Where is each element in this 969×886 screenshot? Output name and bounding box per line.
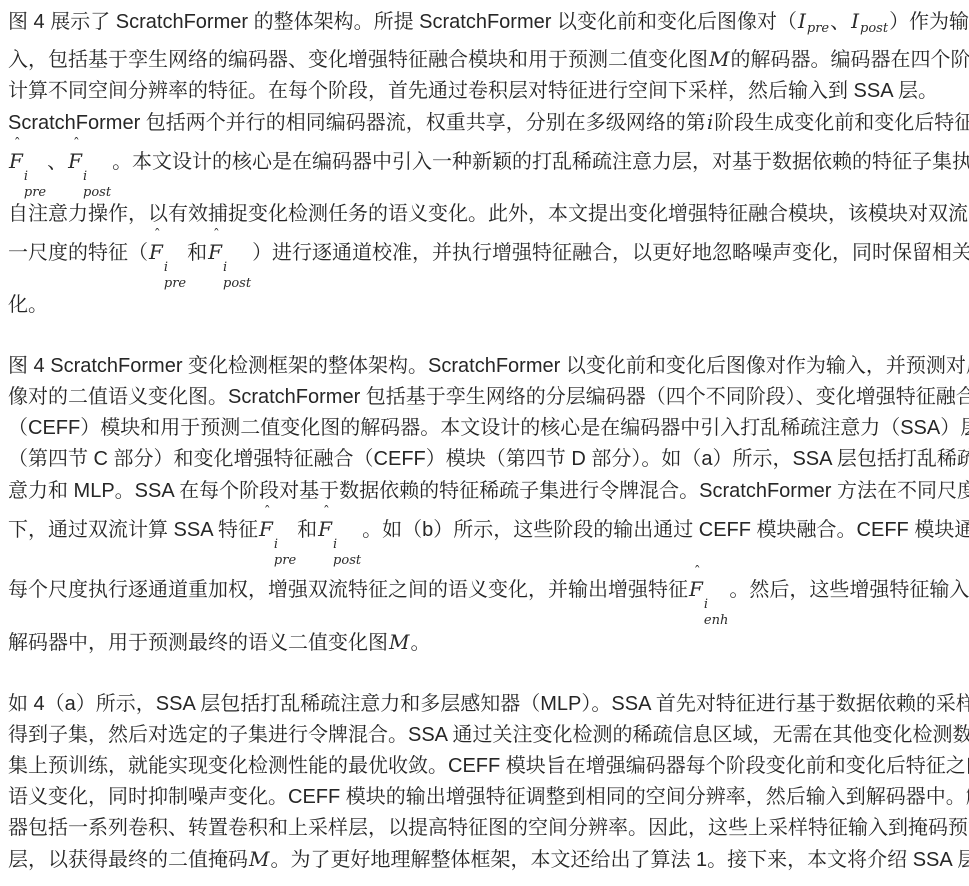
math-hat-F-i-enh: Fˆienh [689, 577, 728, 601]
math-subscript: post [860, 21, 888, 36]
math-superscript: i [274, 538, 278, 551]
math-superscript: i [223, 261, 227, 274]
math-base: Fˆ [259, 507, 273, 545]
hat-accent-icon: ˆ [154, 228, 161, 242]
math-scripts: ipre [274, 538, 296, 567]
math-base: Fˆ [149, 230, 163, 268]
math-subscript: pre [164, 277, 186, 290]
text-line: 自注意力操作，以有效捕捉变化检测任务的语义变化。此外，本文提出变化增强特征融合模… [8, 199, 961, 230]
math-base: M [249, 844, 269, 875]
math-base: Fˆ [689, 567, 703, 605]
hat-accent-icon: ˆ [323, 505, 330, 519]
text-line: 入，包括基于孪生网络的编码器、变化增强特征融合模块和用于预测二值变化图M的解码器… [8, 44, 961, 76]
text-line: 解码器中，用于预测最终的语义二值变化图M。 [8, 627, 961, 659]
math-superscript: i [164, 261, 168, 274]
math-hat-F-i-pre: Fˆipre [9, 149, 46, 173]
text-line: 化。 [8, 290, 961, 321]
text-line: 如 4（a）所示，SSA 层包括打乱稀疏注意力和多层感知器（MLP）。SSA 首… [8, 689, 961, 720]
math-subscript: pre [807, 21, 829, 36]
math-superscript: i [704, 598, 708, 611]
text-line: 器包括一系列卷积、转置卷积和上采样层，以提高特征图的空间分辨率。因此，这些上采样… [8, 813, 961, 844]
text-line: 一尺度的特征（Fˆipre和Fˆipost）进行逐通道校准，并执行增强特征融合，… [8, 230, 961, 290]
text-line: （CEFF）模块和用于预测二值变化图的解码器。本文设计的核心是在编码器中引入打乱… [8, 413, 961, 444]
math-hat-F-i-post: Fˆipost [68, 149, 111, 173]
hat-accent-icon: ˆ [264, 505, 271, 519]
text-line: 图 4 ScratchFormer 变化检测框架的整体架构。ScratchFor… [8, 351, 961, 382]
math-superscript: i [83, 170, 87, 183]
math-hat-F-i-post: Fˆipost [318, 517, 361, 541]
math-superscript: i [24, 170, 28, 183]
text-line: 每个尺度执行逐通道重加权，增强双流特征之间的语义变化，并输出增强特征Fˆienh… [8, 567, 961, 627]
math-subscript: post [333, 554, 361, 567]
math-base: Fˆ [318, 507, 332, 545]
math-base: I [851, 6, 859, 37]
text-line: （第四节 C 部分）和变化增强特征融合（CEFF）模块（第四节 D 部分）。如（… [8, 444, 961, 475]
math-M: M [249, 847, 269, 871]
paragraph: 如 4（a）所示，SSA 层包括打乱稀疏注意力和多层感知器（MLP）。SSA 首… [8, 689, 961, 876]
hat-accent-icon: ˆ [694, 565, 701, 579]
math-scripts: ipre [164, 261, 186, 290]
paragraph: 图 4 ScratchFormer 变化检测框架的整体架构。ScratchFor… [8, 351, 961, 659]
math-base: M [389, 627, 409, 658]
math-hat-F-i-pre: Fˆipre [259, 517, 296, 541]
math-superscript: i [333, 538, 337, 551]
math-I-pre: Ipre [798, 9, 829, 33]
text-line: 意力和 MLP。SSA 在每个阶段对基于数据依赖的特征稀疏子集进行令牌混合。Sc… [8, 475, 961, 507]
text-line: ScratchFormer 包括两个并行的相同编码器流，权重共享，分别在多级网络… [8, 107, 961, 139]
math-base: Fˆ [208, 230, 222, 268]
text-line: 层，以获得最终的二值掩码M。为了更好地理解整体框架，本文还给出了算法 1。接下来… [8, 844, 961, 876]
math-base: I [798, 6, 806, 37]
math-subscript: pre [24, 186, 46, 199]
text-line: 计算不同空间分辨率的特征。在每个阶段，首先通过卷积层对特征进行空间下采样，然后输… [8, 76, 961, 107]
math-I-post: Ipost [851, 9, 888, 33]
text-line: Fˆipre、Fˆipost。本文设计的核心是在编码器中引入一种新颖的打乱稀疏注… [8, 139, 961, 199]
hat-accent-icon: ˆ [213, 228, 220, 242]
hat-accent-icon: ˆ [14, 137, 21, 151]
text-line: 得到子集，然后对选定的子集进行令牌混合。SSA 通过关注变化检测的稀疏信息区域，… [8, 720, 961, 751]
text-line: 像对的二值语义变化图。ScratchFormer 包括基于孪生网络的分层编码器（… [8, 382, 961, 413]
math-scripts: ienh [704, 598, 728, 627]
math-scripts: ipost [83, 170, 111, 199]
math-subscript: post [83, 186, 111, 199]
math-M: M [389, 630, 409, 654]
math-subscript: enh [704, 614, 728, 627]
math-M: M [709, 47, 729, 71]
math-hat-F-i-pre: Fˆipre [149, 240, 186, 264]
math-base: i [707, 107, 713, 138]
math-i: i [707, 110, 713, 134]
math-hat-F-i-post: Fˆipost [208, 240, 251, 264]
text-line: 集上预训练，就能实现变化检测性能的最优收敛。CEFF 模块旨在增强编码器每个阶段… [8, 751, 961, 782]
math-subscript: post [223, 277, 251, 290]
math-scripts: ipre [24, 170, 46, 199]
text-line: 下，通过双流计算 SSA 特征Fˆipre和Fˆipost。如（b）所示，这些阶… [8, 507, 961, 567]
math-subscript: pre [274, 554, 296, 567]
text-line: 图 4 展示了 ScratchFormer 的整体架构。所提 ScratchFo… [8, 6, 961, 44]
math-scripts: ipost [333, 538, 361, 567]
paragraph: 图 4 展示了 ScratchFormer 的整体架构。所提 ScratchFo… [8, 6, 961, 321]
math-base: Fˆ [9, 139, 23, 177]
text-line: 语义变化，同时抑制噪声变化。CEFF 模块的输出增强特征调整到相同的空间分辨率，… [8, 782, 961, 813]
math-base: M [709, 44, 729, 75]
document-body: 图 4 展示了 ScratchFormer 的整体架构。所提 ScratchFo… [0, 0, 969, 886]
math-base: Fˆ [68, 139, 82, 177]
math-scripts: ipost [223, 261, 251, 290]
hat-accent-icon: ˆ [73, 137, 80, 151]
